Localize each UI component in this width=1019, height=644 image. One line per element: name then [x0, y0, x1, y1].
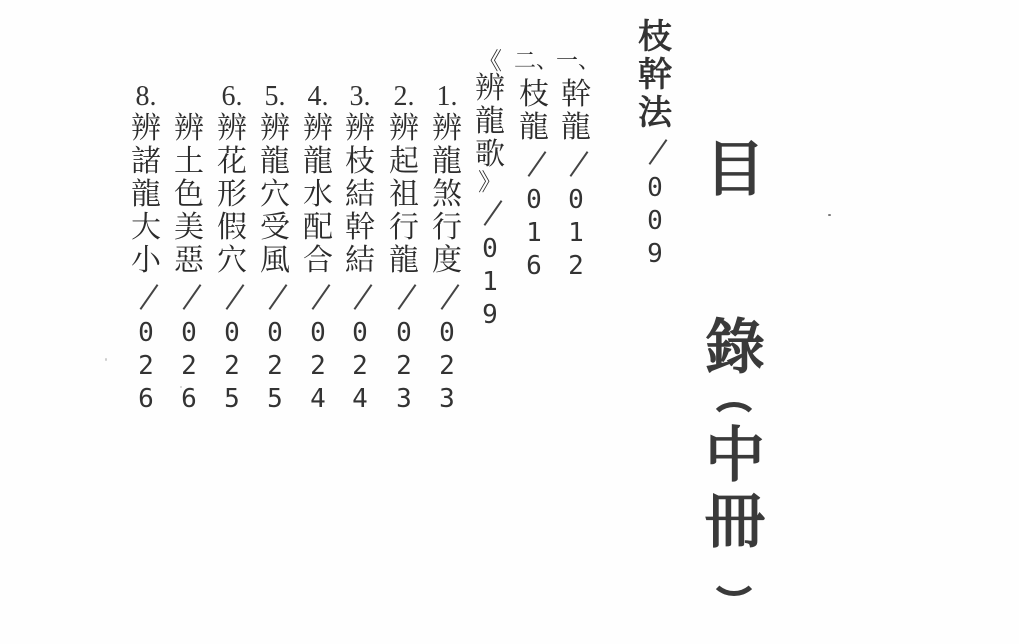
toc-char: 龍 — [255, 145, 295, 178]
toc-entry[interactable]: 1. 辨 龍 煞 行 度 0 2 3 — [427, 82, 467, 416]
page-digit: 6 — [126, 383, 166, 416]
toc-prefix: 二、 — [514, 45, 554, 78]
toc-char: 穴 — [212, 244, 252, 277]
scan-speck — [180, 386, 182, 388]
toc-char: 龍 — [514, 111, 554, 144]
toc-char: 幹 — [635, 56, 675, 94]
page-title: 目 — [700, 140, 770, 200]
toc-char: 合 — [298, 244, 338, 277]
toc-index — [169, 82, 209, 112]
page-digit: 1 — [470, 266, 510, 299]
slash-separator — [384, 277, 424, 317]
toc-char: 龍 — [298, 145, 338, 178]
toc-char: 穴 — [255, 178, 295, 211]
slash-separator — [514, 144, 554, 184]
close-paren-glyph — [707, 574, 763, 602]
toc-entry[interactable]: 一、 幹 龍 0 1 2 — [556, 45, 596, 283]
toc-char: 辨 — [126, 112, 166, 145]
slash-separator — [427, 277, 467, 317]
page-digit: 2 — [298, 350, 338, 383]
toc-section-heading[interactable]: 枝 幹 法 0 0 9 — [635, 18, 675, 271]
toc-char: 惡 — [169, 244, 209, 277]
slash-separator — [470, 193, 510, 233]
toc-index: 8. — [126, 82, 166, 112]
toc-prefix: 一、 — [556, 45, 596, 78]
page-digit: 2 — [427, 350, 467, 383]
scan-speck — [828, 214, 831, 216]
toc-entry[interactable]: 《 辨 龍 歌 》 0 1 9 — [470, 50, 510, 332]
toc-char: 花 — [212, 145, 252, 178]
page-digit: 0 — [169, 317, 209, 350]
scan-speck — [105, 358, 107, 361]
toc-char: 風 — [255, 244, 295, 277]
title-char: 目 — [705, 140, 765, 200]
toc-char: 龍 — [470, 105, 510, 138]
toc-char: 結 — [340, 178, 380, 211]
toc-char: 配 — [298, 211, 338, 244]
page-digit: 2 — [212, 350, 252, 383]
toc-char: 色 — [169, 178, 209, 211]
toc-index: 5. — [255, 82, 295, 112]
page-digit: 2 — [556, 250, 596, 283]
toc-entry[interactable]: 6. 辨 花 形 假 穴 0 2 5 — [212, 82, 252, 416]
toc-char: 受 — [255, 211, 295, 244]
page-digit: 9 — [470, 299, 510, 332]
toc-char: 枝 — [635, 18, 675, 56]
page-digit: 0 — [514, 184, 554, 217]
toc-char: 》 — [470, 171, 510, 193]
toc-char: 枝 — [340, 145, 380, 178]
page-digit: 2 — [126, 350, 166, 383]
toc-char: 幹 — [556, 78, 596, 111]
page-digit: 0 — [212, 317, 252, 350]
page-digit: 1 — [514, 217, 554, 250]
scanned-page: 目 錄 中 冊 枝 幹 法 0 0 9 一、 幹 龍 0 1 2 二、 枝 龍 … — [0, 0, 1019, 644]
page-digit: 1 — [556, 217, 596, 250]
toc-char: 美 — [169, 211, 209, 244]
page-digit: 0 — [340, 317, 380, 350]
toc-index: 6. — [212, 82, 252, 112]
toc-char: 水 — [298, 178, 338, 211]
page-digit: 0 — [556, 184, 596, 217]
toc-char: 辨 — [169, 112, 209, 145]
toc-char: 辨 — [212, 112, 252, 145]
page-digit: 2 — [169, 350, 209, 383]
toc-char: 龍 — [427, 145, 467, 178]
toc-index: 1. — [427, 82, 467, 112]
page-title-continued: 錄 中 冊 — [700, 318, 770, 602]
toc-char: 辨 — [384, 112, 424, 145]
page-digit: 4 — [298, 383, 338, 416]
toc-char: 起 — [384, 145, 424, 178]
toc-char: 行 — [384, 211, 424, 244]
page-digit: 6 — [514, 250, 554, 283]
toc-entry[interactable]: 4. 辨 龍 水 配 合 0 2 4 — [298, 82, 338, 416]
page-digit: 2 — [384, 350, 424, 383]
subtitle-char: 冊 — [705, 492, 765, 552]
page-digit: 0 — [635, 172, 675, 205]
slash-separator — [635, 132, 675, 172]
page-digit: 0 — [635, 205, 675, 238]
page-digit: 2 — [255, 350, 295, 383]
toc-index: 4. — [298, 82, 338, 112]
toc-entry[interactable]: 2. 辨 起 祖 行 龍 0 2 3 — [384, 82, 424, 416]
slash-separator — [340, 277, 380, 317]
toc-char: 大 — [126, 211, 166, 244]
page-digit: 0 — [384, 317, 424, 350]
slash-separator — [556, 144, 596, 184]
toc-char: 小 — [126, 244, 166, 277]
toc-index: 3. — [340, 82, 380, 112]
toc-char: 土 — [169, 145, 209, 178]
toc-char: 行 — [427, 211, 467, 244]
toc-char: 形 — [212, 178, 252, 211]
toc-char: 辨 — [427, 112, 467, 145]
toc-char: 辨 — [298, 112, 338, 145]
toc-char: 結 — [340, 244, 380, 277]
slash-separator — [255, 277, 295, 317]
toc-char: 度 — [427, 244, 467, 277]
toc-entry[interactable]: 8. 辨 諸 龍 大 小 0 2 6 — [126, 82, 166, 416]
slash-separator — [298, 277, 338, 317]
page-digit: 9 — [635, 238, 675, 271]
toc-char: 枝 — [514, 78, 554, 111]
page-digit: 0 — [298, 317, 338, 350]
toc-char: 諸 — [126, 145, 166, 178]
toc-char: 祖 — [384, 178, 424, 211]
toc-char: 辨 — [340, 112, 380, 145]
toc-char: 龍 — [556, 111, 596, 144]
page-digit: 5 — [212, 383, 252, 416]
toc-entry[interactable]: 二、 枝 龍 0 1 6 — [514, 45, 554, 283]
toc-char: 歌 — [470, 138, 510, 171]
title-char: 錄 — [705, 318, 765, 378]
toc-char: 幹 — [340, 211, 380, 244]
page-digit: 6 — [169, 383, 209, 416]
page-digit: 0 — [126, 317, 166, 350]
toc-char: 假 — [212, 211, 252, 244]
toc-index: 2. — [384, 82, 424, 112]
toc-char: 《 — [470, 50, 510, 72]
page-digit: 3 — [427, 383, 467, 416]
toc-entry[interactable]: 辨 土 色 美 惡 0 2 6 — [169, 82, 209, 416]
toc-char: 辨 — [470, 72, 510, 105]
toc-entry[interactable]: 3. 辨 枝 結 幹 結 0 2 4 — [340, 82, 380, 416]
slash-separator — [126, 277, 166, 317]
page-digit: 0 — [255, 317, 295, 350]
toc-char: 辨 — [255, 112, 295, 145]
page-digit: 4 — [340, 383, 380, 416]
page-digit: 5 — [255, 383, 295, 416]
slash-separator — [212, 277, 252, 317]
page-digit: 2 — [340, 350, 380, 383]
toc-char: 煞 — [427, 178, 467, 211]
page-digit: 3 — [384, 383, 424, 416]
toc-entry[interactable]: 5. 辨 龍 穴 受 風 0 2 5 — [255, 82, 295, 416]
toc-char: 龍 — [126, 178, 166, 211]
page-digit: 0 — [470, 233, 510, 266]
toc-char: 龍 — [384, 244, 424, 277]
page-digit: 0 — [427, 317, 467, 350]
open-paren-glyph — [707, 396, 763, 424]
slash-separator — [169, 277, 209, 317]
toc-char: 法 — [635, 94, 675, 132]
